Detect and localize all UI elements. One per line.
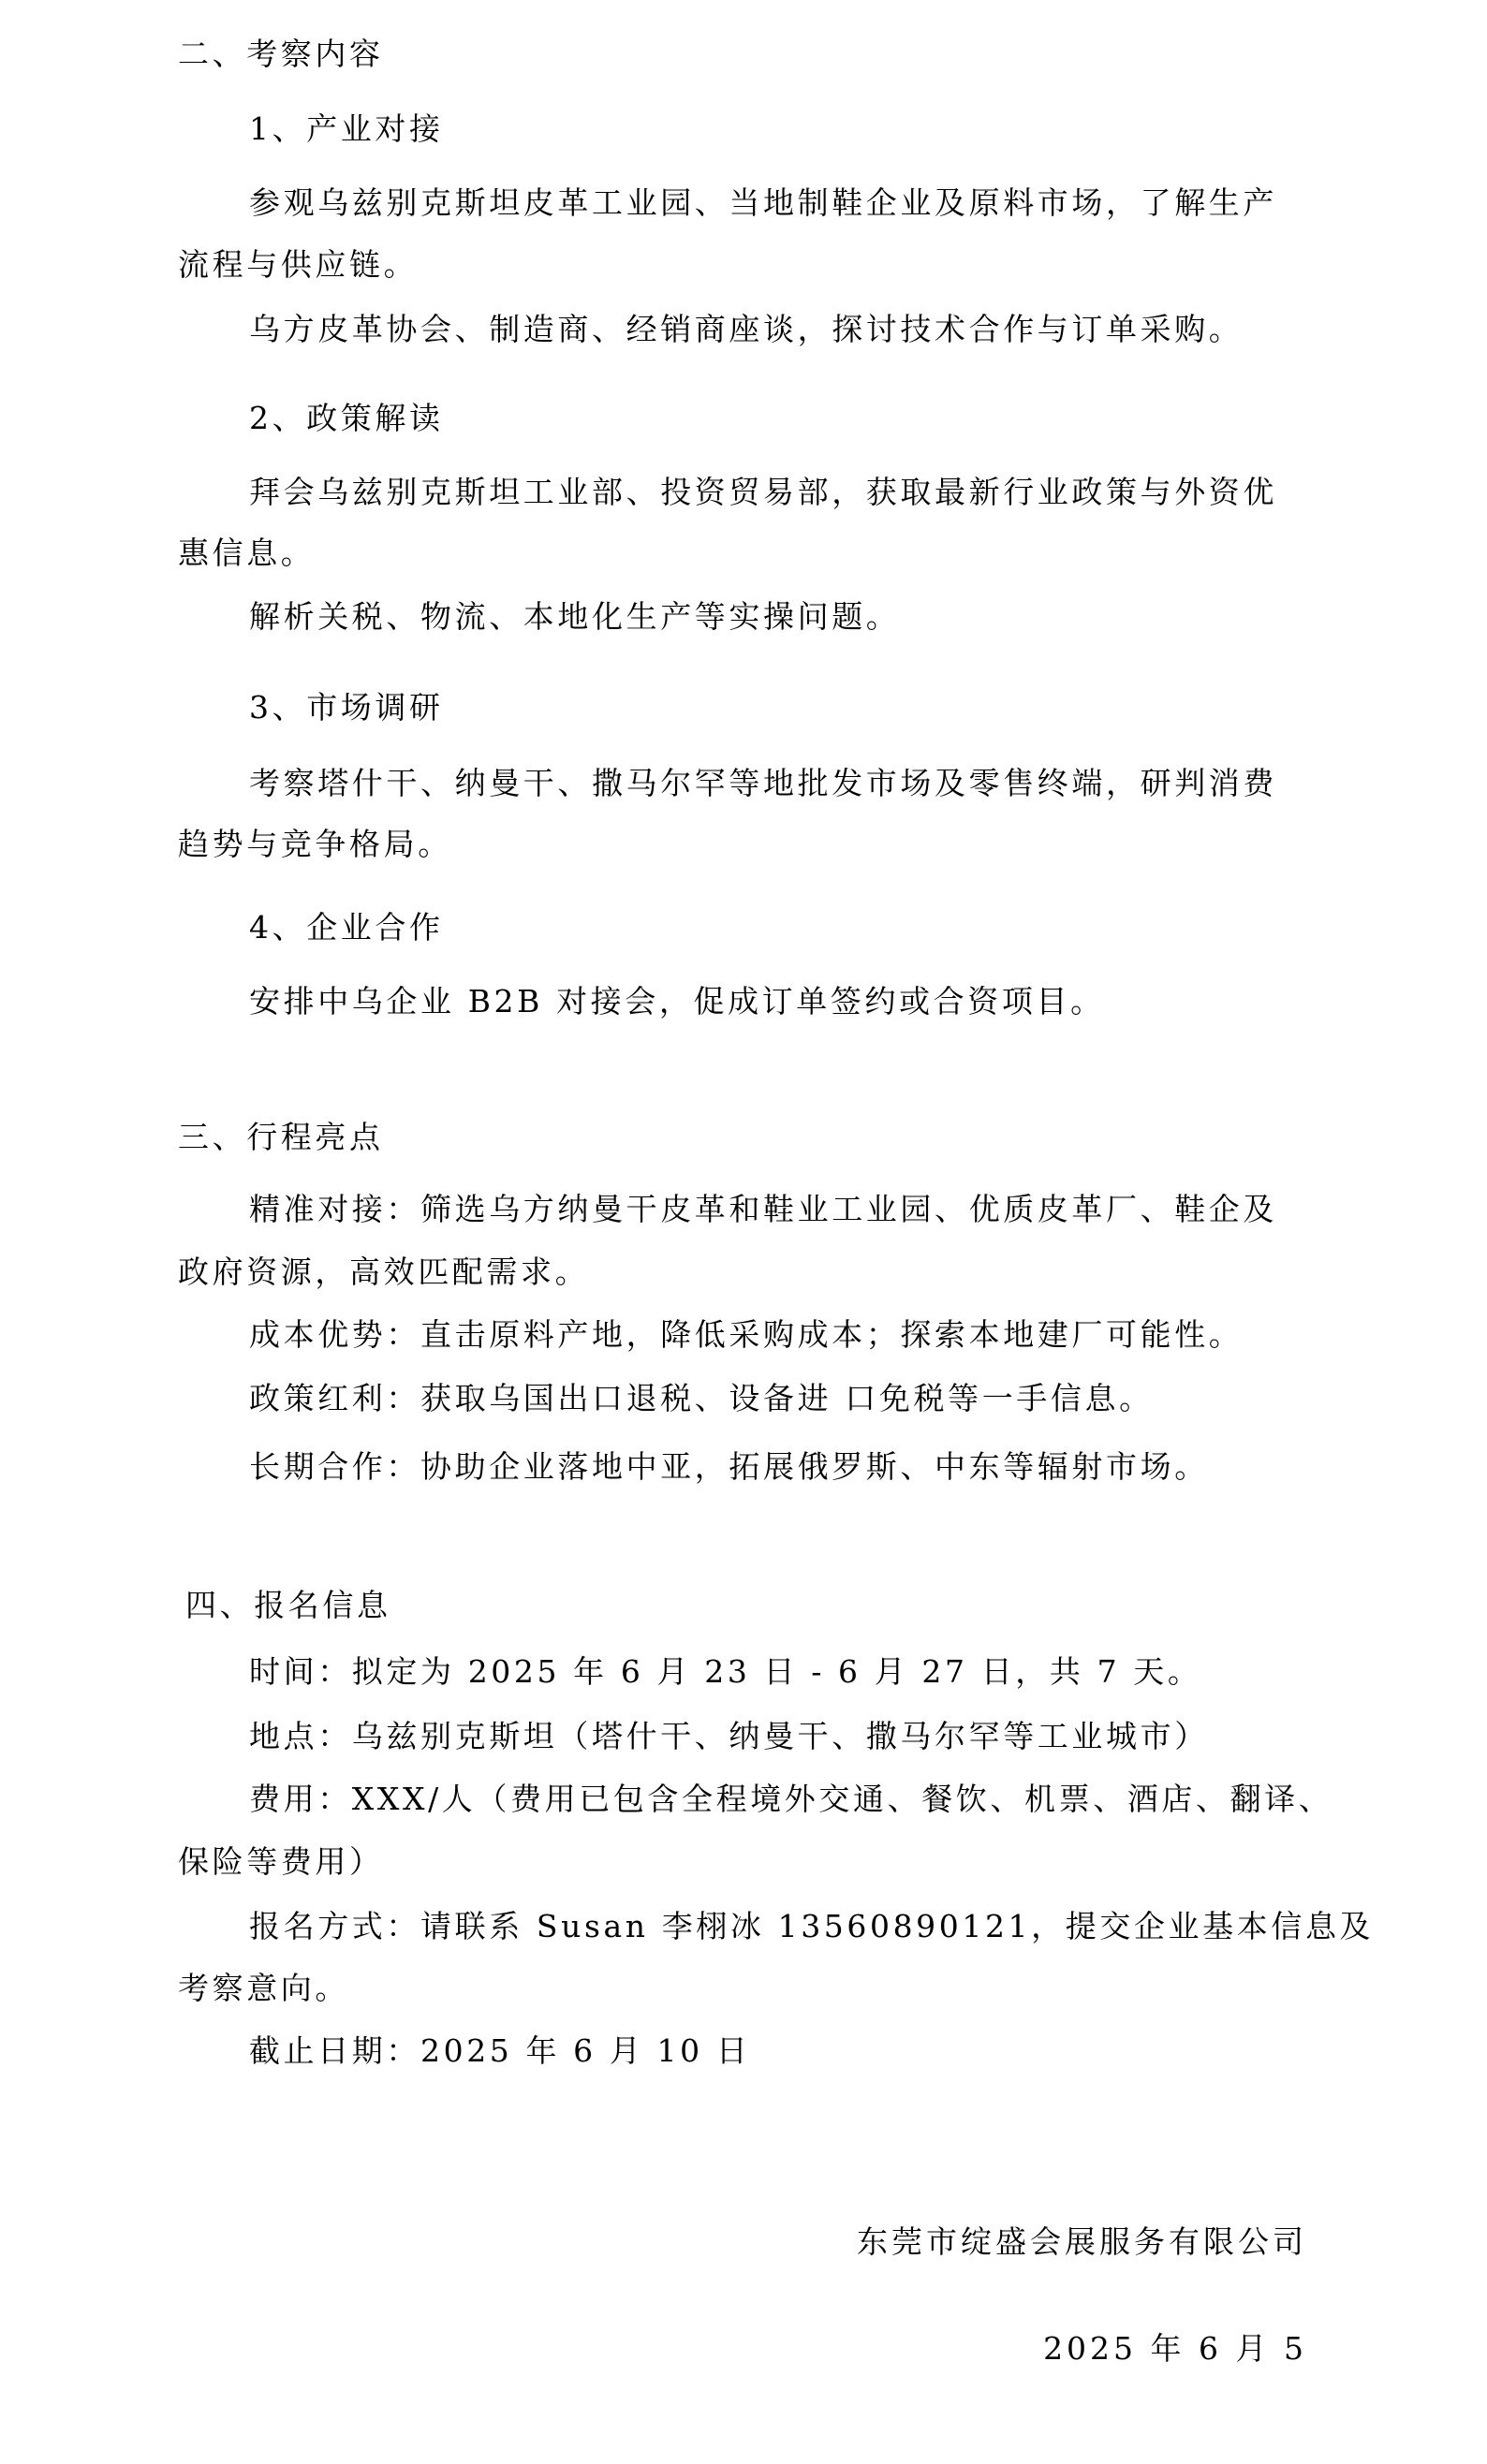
paragraph-line-contact: 报名方式：请联系 Susan 李栩冰 13560890121，提交企业基本信息及 bbox=[249, 1908, 1374, 1945]
paragraph-line: 趋势与竞争格局。 bbox=[178, 826, 452, 863]
paragraph-line: 拜会乌兹别克斯坦工业部、投资贸易部，获取最新行业政策与外资优 bbox=[249, 474, 1277, 511]
paragraph-line: 考察塔什干、纳曼干、撒马尔罕等地批发市场及零售终端，研判消费 bbox=[249, 765, 1277, 802]
paragraph-line-deadline: 截止日期：2025 年 6 月 10 日 bbox=[249, 2032, 750, 2070]
subsection-title-policy: 2、政策解读 bbox=[249, 400, 444, 437]
paragraph-line-fee: 费用：XXX/人（费用已包含全程境外交通、餐饮、机票、酒店、翻译、 bbox=[249, 1781, 1332, 1818]
paragraph-line: 解析关税、物流、本地化生产等实操问题。 bbox=[249, 598, 900, 636]
section-heading-registration: 四、报名信息 bbox=[185, 1587, 391, 1624]
paragraph-line: 流程与供应链。 bbox=[178, 246, 418, 284]
subsection-title-cooperation: 4、企业合作 bbox=[249, 909, 444, 946]
section-heading-highlights: 三、行程亮点 bbox=[178, 1119, 384, 1156]
paragraph-line-contact: 考察意向。 bbox=[178, 1970, 349, 2007]
paragraph-line: 成本优势：直击原料产地，降低采购成本；探索本地建厂可能性。 bbox=[249, 1316, 1243, 1354]
paragraph-line: 参观乌兹别克斯坦皮革工业园、当地制鞋企业及原料市场，了解生产 bbox=[249, 184, 1277, 222]
paragraph-line: 长期合作：协助企业落地中亚，拓展俄罗斯、中东等辐射市场。 bbox=[249, 1448, 1209, 1486]
paragraph-line-location: 地点：乌兹别克斯坦（塔什干、纳曼干、撒马尔罕等工业城市） bbox=[249, 1718, 1209, 1755]
signature-date: 2025 年 6 月 5 bbox=[1043, 2330, 1307, 2368]
section-heading-inspection-content: 二、考察内容 bbox=[178, 36, 384, 73]
signature-company: 东莞市绽盛会展服务有限公司 bbox=[857, 2223, 1307, 2261]
paragraph-line-time: 时间：拟定为 2025 年 6 月 23 日 - 6 月 27 日，共 7 天。 bbox=[249, 1653, 1201, 1691]
paragraph-line: 乌方皮革协会、制造商、经销商座谈，探讨技术合作与订单采购。 bbox=[249, 311, 1243, 348]
paragraph-line: 安排中乌企业 B2B 对接会，促成订单签约或合资项目。 bbox=[249, 983, 1105, 1020]
paragraph-line: 政策红利：获取乌国出口退税、设备进 口免税等一手信息。 bbox=[249, 1380, 1154, 1417]
subsection-title-industry: 1、产业对接 bbox=[249, 110, 444, 148]
paragraph-line: 惠信息。 bbox=[178, 535, 315, 572]
paragraph-line: 政府资源，高效匹配需求。 bbox=[178, 1254, 589, 1291]
paragraph-line: 精准对接：筛选乌方纳曼干皮革和鞋业工业园、优质皮革厂、鞋企及 bbox=[249, 1191, 1277, 1228]
subsection-title-market: 3、市场调研 bbox=[249, 689, 444, 726]
paragraph-line-fee: 保险等费用） bbox=[178, 1843, 384, 1881]
